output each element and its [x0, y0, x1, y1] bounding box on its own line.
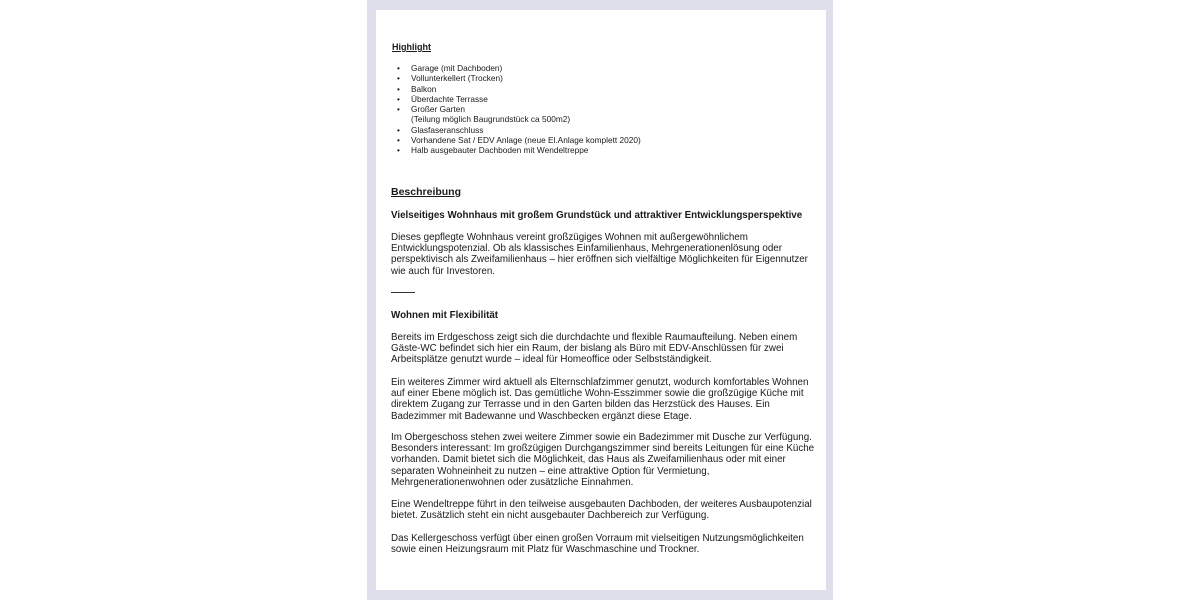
- paragraph: Das Kellergeschoss verfügt über einen gr…: [391, 533, 816, 555]
- list-item-note: (Teilung möglich Baugrundstück ca 500m2): [411, 114, 641, 124]
- bullet-icon: •: [397, 94, 400, 104]
- list-item: •Überdachte Terrasse: [397, 94, 641, 104]
- highlight-list: •Garage (mit Dachboden) •Vollunterkeller…: [397, 63, 641, 156]
- bullet-icon: •: [397, 73, 400, 83]
- paragraph: Ein weiteres Zimmer wird aktuell als Elt…: [391, 377, 816, 422]
- list-item: •Balkon: [397, 84, 641, 94]
- intro-paragraph: Dieses gepflegte Wohnhaus vereint großzü…: [391, 232, 816, 277]
- divider: [391, 292, 415, 293]
- list-item: •Halb ausgebauter Dachboden mit Wendeltr…: [397, 145, 641, 155]
- highlight-title: Highlight: [392, 42, 431, 52]
- list-item: •Vollunterkellert (Trocken): [397, 73, 641, 83]
- description-heading: Vielseitiges Wohnhaus mit großem Grundst…: [391, 210, 802, 221]
- paragraph: Im Obergeschoss stehen zwei weitere Zimm…: [391, 432, 816, 488]
- paragraph: Eine Wendeltreppe führt in den teilweise…: [391, 499, 816, 521]
- list-item: •Großer Garten(Teilung möglich Baugrunds…: [397, 104, 641, 125]
- list-item: •Vorhandene Sat / EDV Anlage (neue El.An…: [397, 135, 641, 145]
- list-item: •Glasfaseranschluss: [397, 125, 641, 135]
- bullet-icon: •: [397, 125, 400, 135]
- flex-heading: Wohnen mit Flexibilität: [391, 310, 498, 321]
- bullet-icon: •: [397, 104, 400, 114]
- bullet-icon: •: [397, 145, 400, 155]
- bullet-icon: •: [397, 135, 400, 145]
- paragraph: Bereits im Erdgeschoss zeigt sich die du…: [391, 332, 816, 366]
- document-page: Highlight •Garage (mit Dachboden) •Vollu…: [376, 10, 826, 590]
- bullet-icon: •: [397, 63, 400, 73]
- bullet-icon: •: [397, 84, 400, 94]
- section-title: Beschreibung: [391, 186, 461, 198]
- list-item: •Garage (mit Dachboden): [397, 63, 641, 73]
